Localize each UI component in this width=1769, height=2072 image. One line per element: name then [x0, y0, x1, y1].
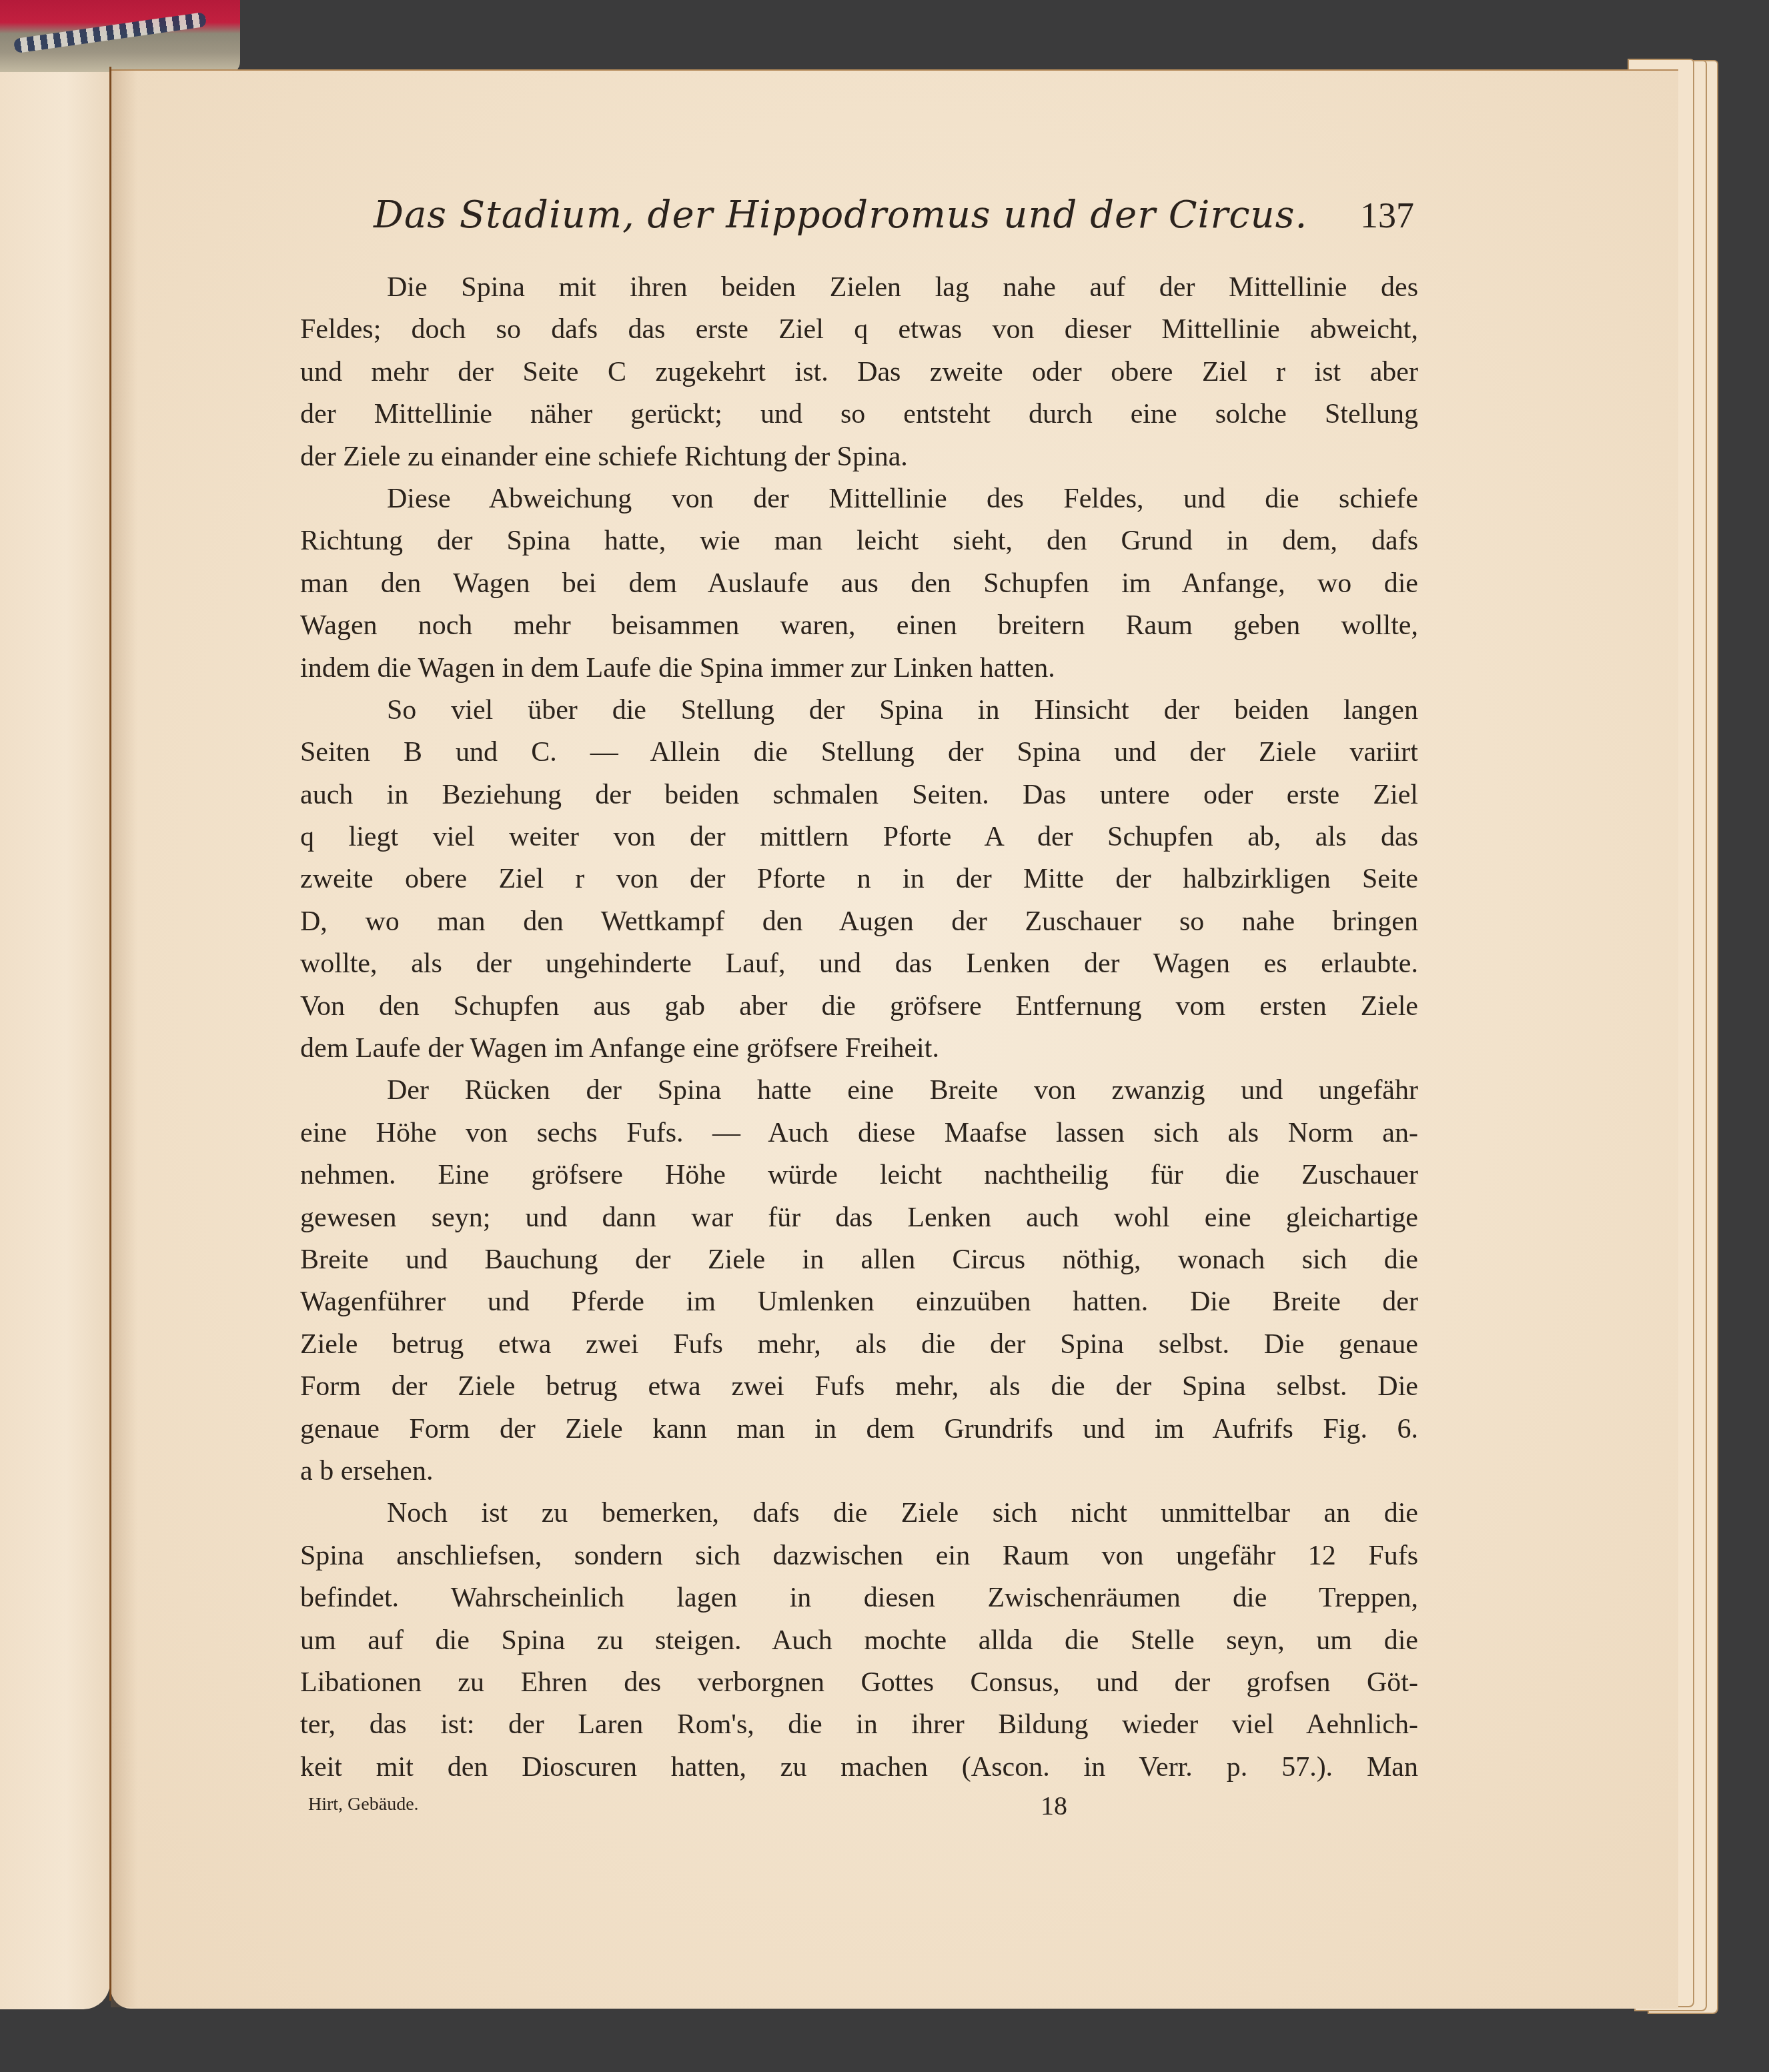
- text-line: nehmen. Eine gröfsere Höhe würde leicht …: [300, 1154, 1418, 1196]
- text-line: auch in Beziehung der beiden schmalen Se…: [300, 774, 1418, 816]
- text-line: Feldes; doch so dafs das erste Ziel q et…: [300, 309, 1418, 351]
- text-line: Wagen noch mehr beisammen waren, einen b…: [300, 605, 1418, 647]
- running-head: Das Stadium, der Hippodromus und der Cir…: [374, 193, 1414, 253]
- text-line: dem Laufe der Wagen im Anfange eine gröf…: [300, 1028, 1418, 1070]
- text-line: q liegt viel weiter von der mittlern Pfo…: [300, 816, 1418, 858]
- body-text: Die Spina mit ihren beiden Zielen lag na…: [300, 267, 1418, 1789]
- page-number: 137: [1360, 195, 1414, 236]
- text-line: Form der Ziele betrug etwa zwei Fufs meh…: [300, 1366, 1418, 1408]
- text-line: gewesen seyn; und dann war für das Lenke…: [300, 1197, 1418, 1239]
- text-line: Breite und Bauchung der Ziele in allen C…: [300, 1239, 1418, 1281]
- text-line: um auf die Spina zu steigen. Auch mochte…: [300, 1620, 1418, 1662]
- text-line: Diese Abweichung von der Mittellinie des…: [300, 478, 1418, 520]
- text-line: D, wo man den Wettkampf den Augen der Zu…: [300, 901, 1418, 943]
- signature-mark: Hirt, Gebäude.: [308, 1794, 419, 1815]
- text-line: befindet. Wahrscheinlich lagen in diesen…: [300, 1577, 1418, 1619]
- text-line: der Mittellinie näher gerückt; und so en…: [300, 393, 1418, 435]
- book-gutter: [109, 67, 111, 2001]
- text-line: Seiten B und C. — Allein die Stellung de…: [300, 732, 1418, 774]
- text-line: a b ersehen.: [300, 1450, 1418, 1492]
- sheet-number: 18: [1041, 1790, 1067, 1821]
- text-line: man den Wagen bei dem Auslaufe aus den S…: [300, 563, 1418, 605]
- text-line: Die Spina mit ihren beiden Zielen lag na…: [300, 267, 1418, 309]
- text-line: und mehr der Seite C zugekehrt ist. Das …: [300, 351, 1418, 393]
- page-footer: Hirt, Gebäude. 18: [300, 1794, 1418, 1827]
- text-line: der Ziele zu einander eine schiefe Richt…: [300, 436, 1418, 478]
- text-line: Libationen zu Ehren des verborgnen Gotte…: [300, 1662, 1418, 1704]
- text-line: zweite obere Ziel r von der Pforte n in …: [300, 858, 1418, 900]
- text-line: ter, das ist: der Laren Rom's, die in ih…: [300, 1704, 1418, 1746]
- text-line: Wagenführer und Pferde im Umlenken einzu…: [300, 1281, 1418, 1323]
- text-line: So viel über die Stellung der Spina in H…: [300, 690, 1418, 732]
- text-line: Richtung der Spina hatte, wie man leicht…: [300, 520, 1418, 562]
- text-line: eine Höhe von sechs Fufs. — Auch diese M…: [300, 1112, 1418, 1154]
- book-headband: [0, 0, 240, 75]
- text-line: Spina anschliefsen, sondern sich dazwisc…: [300, 1535, 1418, 1577]
- headband-bead-decoration: [13, 12, 207, 53]
- text-line: genaue Form der Ziele kann man in dem Gr…: [300, 1408, 1418, 1450]
- text-line: keit mit den Dioscuren hatten, zu machen…: [300, 1747, 1418, 1789]
- running-head-title: Das Stadium, der Hippodromus und der Cir…: [374, 193, 1307, 237]
- text-line: indem die Wagen in dem Laufe die Spina i…: [300, 648, 1418, 690]
- text-line: Der Rücken der Spina hatte eine Breite v…: [300, 1070, 1418, 1112]
- text-line: Von den Schupfen aus gab aber die gröfse…: [300, 986, 1418, 1028]
- left-page-edge: [0, 72, 110, 2009]
- gutter-shadow: [111, 69, 137, 2007]
- text-line: Ziele betrug etwa zwei Fufs mehr, als di…: [300, 1324, 1418, 1366]
- text-line: wollte, als der ungehinderte Lauf, und d…: [300, 943, 1418, 985]
- text-line: Noch ist zu bemerken, dafs die Ziele sic…: [300, 1492, 1418, 1534]
